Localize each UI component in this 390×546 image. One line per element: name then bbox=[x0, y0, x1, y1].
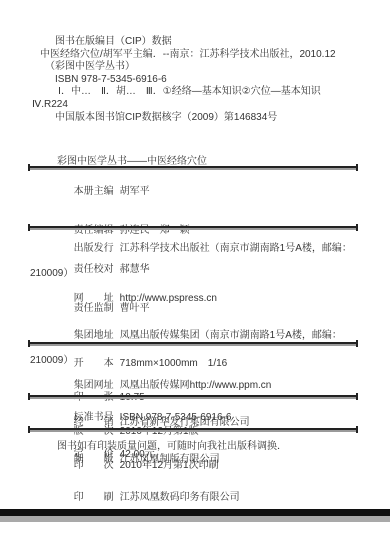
cip-record-number: 中国版本图书馆CIP数据核字（2009）第146834号 bbox=[0, 112, 390, 125]
staff-value: 胡军平 bbox=[120, 186, 150, 197]
group-address-label: 集团地址 bbox=[74, 330, 115, 342]
group-address-value: 凤凰出版传媒集团（南京市湖南路1号A楼，邮编： bbox=[120, 330, 342, 341]
publisher-label: 出版发行 bbox=[74, 243, 115, 255]
standard-isbn-value: ISBN 978-7-5345-6916-6 bbox=[120, 412, 232, 423]
divider-rule-2 bbox=[28, 226, 358, 228]
divider-rule-1 bbox=[28, 166, 358, 168]
standard-isbn-row: 标准书号ISBN 978-7-5345-6916-6 bbox=[57, 399, 231, 437]
staff-label: 本册主编 bbox=[74, 185, 115, 198]
cip-class-code: Ⅳ.R224 bbox=[0, 99, 390, 112]
publisher-postcode: 210009） bbox=[0, 268, 390, 280]
printer-label: 印 刷 bbox=[74, 492, 115, 504]
divider-rule-4 bbox=[28, 395, 358, 397]
scan-edge-gray bbox=[0, 516, 390, 522]
scan-edge-black bbox=[0, 509, 390, 516]
format-row: 开 本718mm×1000mm 1/16 bbox=[57, 347, 227, 381]
website-row: 网 址http://www.pspress.cn bbox=[0, 281, 390, 318]
cip-title-line: 中医经络穴位/胡军平主编．--南京：江苏科学技术出版社，2010.12 bbox=[0, 49, 390, 62]
cip-series-line: （彩图中医学丛书） bbox=[0, 61, 390, 74]
format-label: 开 本 bbox=[74, 358, 115, 369]
divider-rule-5 bbox=[28, 428, 358, 430]
standard-isbn-label: 标准书号 bbox=[74, 412, 115, 425]
page-title: 彩图中医学丛书——中医经络穴位 bbox=[57, 152, 207, 167]
staff-row-chief-editor: 本册主编胡军平 bbox=[57, 172, 190, 211]
publisher-value: 江苏科学技术出版社（南京市湖南路1号A楼，邮编： bbox=[120, 243, 352, 254]
cip-heading: 图书在版编目（CIP）数据 bbox=[0, 36, 390, 49]
colophon-page: 图书在版编目（CIP）数据 中医经络穴位/胡军平主编．--南京：江苏科学技术出版… bbox=[0, 0, 390, 546]
website-label: 网 址 bbox=[74, 293, 115, 305]
printer-value: 江苏凤凰数码印务有限公司 bbox=[120, 492, 240, 503]
format-value: 718mm×1000mm 1/16 bbox=[120, 358, 228, 369]
cip-isbn-line: ISBN 978-7-5345-6916-6 bbox=[0, 74, 390, 87]
cip-classification: Ⅰ．中… Ⅱ．胡… Ⅲ．①经络—基本知识②穴位—基本知识 bbox=[0, 86, 390, 99]
publisher-row: 出版发行江苏科学技术出版社（南京市湖南路1号A楼，邮编： bbox=[0, 231, 390, 268]
cip-notice-block: 图书在版编目（CIP）数据 中医经络穴位/胡军平主编．--南京：江苏科学技术出版… bbox=[0, 36, 390, 124]
website-url: http://www.pspress.cn bbox=[120, 293, 217, 304]
quality-exchange-note: 图书如有印装质量问题，可随时向我社出版科调换． bbox=[57, 437, 287, 452]
divider-rule-3 bbox=[28, 342, 358, 344]
